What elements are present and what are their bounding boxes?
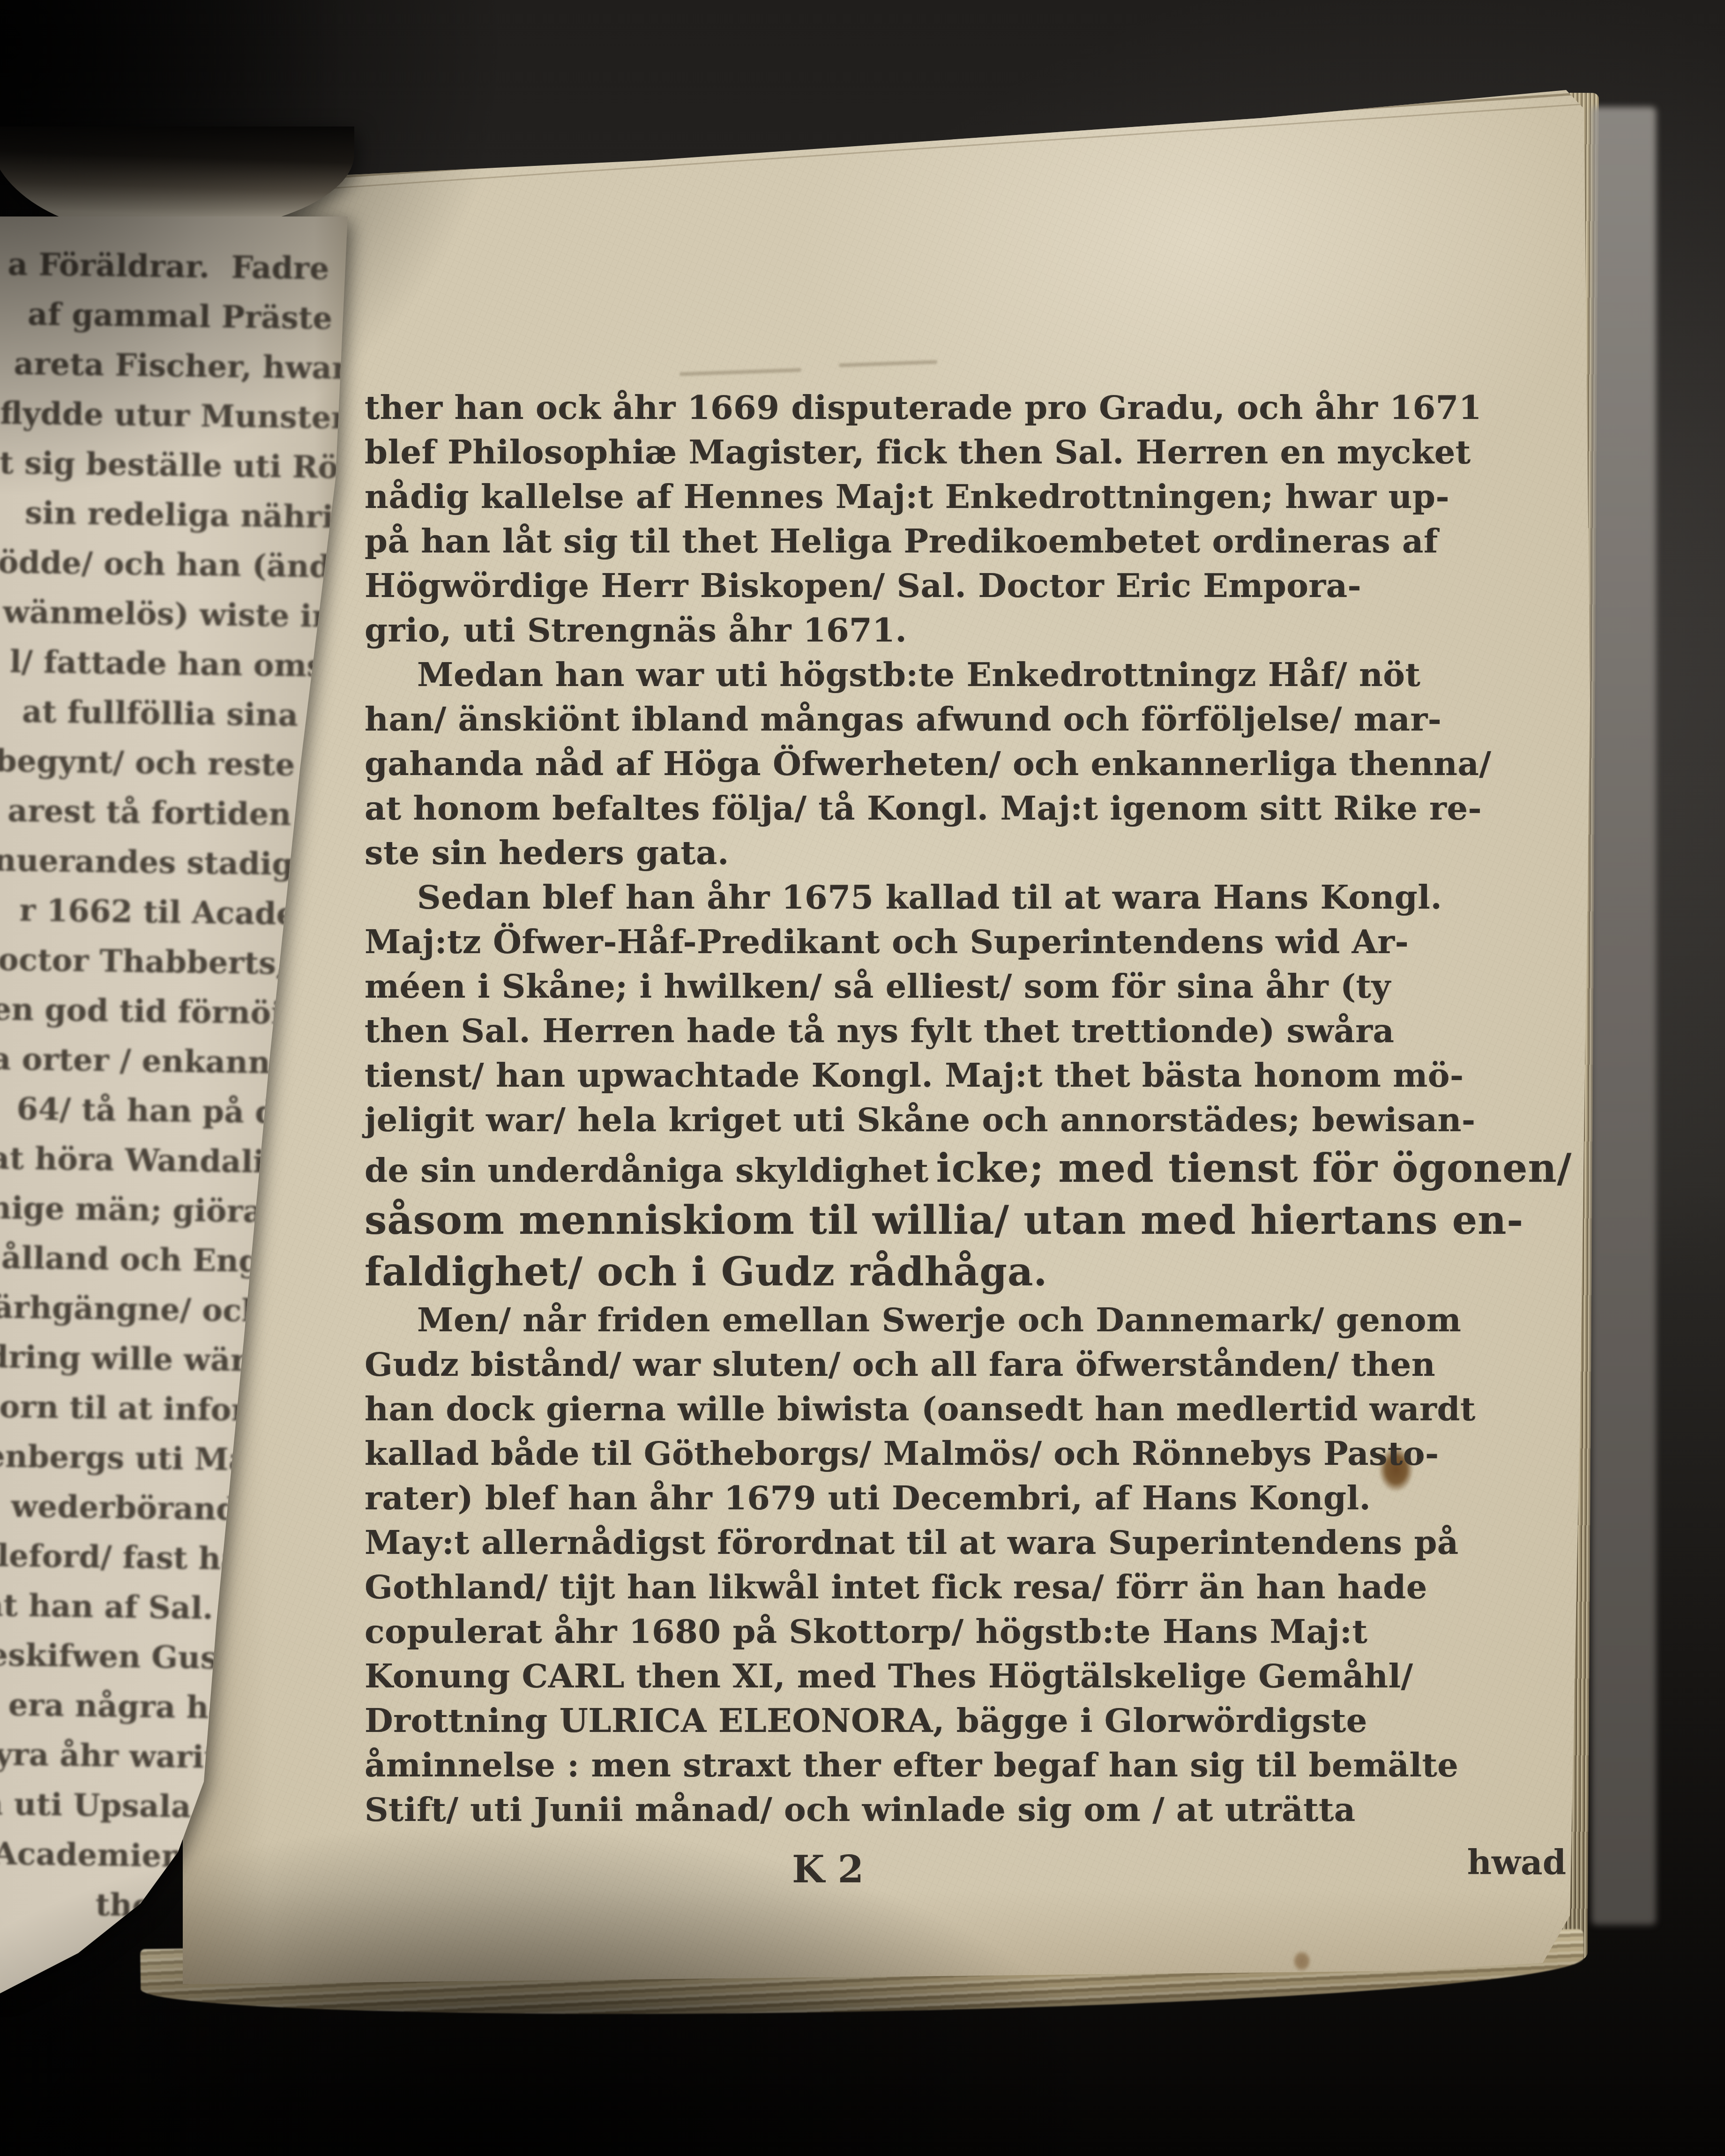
left-fragment-line: a orter / enkannerliga bbox=[0, 1034, 346, 1089]
text-line: kallad både til Götheborgs/ Malmös/ och … bbox=[365, 1431, 1576, 1476]
left-fragment-line: r 1662 til Academien bbox=[19, 885, 348, 940]
text-line: Men/ når friden emellan Swerje och Danne… bbox=[365, 1298, 1576, 1342]
text-line: Stift/ uti Junii månad/ och winlade sig … bbox=[365, 1787, 1576, 1832]
emphasized-text-segment: icke; med tienst för ögonen/ bbox=[936, 1142, 1572, 1194]
left-fragment-line: leford/ fast han ther bbox=[0, 1530, 339, 1585]
previous-page-curl: a Föräldrar. Fadre af gammal Präste aret… bbox=[0, 127, 361, 2001]
left-fragment-line: eskifwen Gustaf Or- bbox=[0, 1630, 337, 1684]
left-fragment-line: at han af Sal. Her bbox=[0, 1580, 338, 1635]
text-line: på han låt sig til thet Heliga Predikoem… bbox=[365, 519, 1576, 563]
left-fragment-line: n uti Upsala, och bbox=[0, 1779, 335, 1834]
left-fragment-line: en god tid förnöigte; bbox=[0, 984, 346, 1039]
text-line: at honom befaltes följa/ tå Kongl. Maj:t… bbox=[365, 786, 1576, 830]
text-line: rater) blef han åhr 1679 uti Decembri, a… bbox=[365, 1476, 1576, 1520]
show-through-mark bbox=[680, 368, 801, 376]
left-fragment-line: begynt/ och reste ther bbox=[0, 736, 350, 791]
left-fragment-line: 64/ tå han på denne bbox=[16, 1084, 345, 1138]
text-line: Konung CARL then XI, med Thes Högtälskel… bbox=[365, 1654, 1576, 1698]
left-fragment-line: at höra Wandalinum, bbox=[0, 1133, 344, 1188]
text-line: Drottning ULRICA ELEONORA, bägge i Glorw… bbox=[365, 1698, 1576, 1743]
left-fragment-line: ödde/ och han (ändoch bbox=[0, 537, 352, 592]
text-line: Gothland/ tijt han likwål intet fick res… bbox=[365, 1565, 1576, 1609]
previous-page-surface: a Föräldrar. Fadre af gammal Präste aret… bbox=[0, 216, 357, 2002]
text-line: Medan han war uti högstb:te Enkedrottnin… bbox=[365, 652, 1576, 697]
main-page: ther han ock åhr 1669 disputerade pro Gr… bbox=[183, 89, 1591, 1985]
text-line: jeligit war/ hela kriget uti Skåne och a… bbox=[365, 1097, 1576, 1142]
left-fragment-line: wänmelös) wiste inte bbox=[2, 587, 351, 641]
text-line: Högwördige Herr Biskopen/ Sal. Doctor Er… bbox=[365, 563, 1576, 608]
previous-page-text: a Föräldrar. Fadre af gammal Präste aret… bbox=[0, 216, 357, 1932]
left-fragment-line: at fullföllia sina Stu bbox=[22, 686, 351, 741]
tissue-interleaf-sheet bbox=[1591, 107, 1656, 1925]
left-fragment-line: fyra åhr warit/ samt bbox=[0, 1729, 336, 1784]
emphasized-text-line: såsom menniskiom til willia/ utan med hi… bbox=[365, 1194, 1576, 1246]
signature-mark: K 2 bbox=[792, 1847, 864, 1891]
left-fragment-line: octor Thabberts, De- bbox=[0, 934, 347, 989]
text-line: ther han ock åhr 1669 disputerade pro Gr… bbox=[365, 385, 1576, 430]
text-line: han dock gierna wille biwista (oansedt h… bbox=[365, 1387, 1576, 1431]
ink-stain bbox=[1292, 1950, 1311, 1972]
left-fragment-line: wederbörandem til bbox=[11, 1481, 339, 1536]
left-fragment-line: sin redeliga nähring bbox=[24, 488, 353, 542]
text-line: copulerat åhr 1680 på Skottorp/ högstb:t… bbox=[365, 1609, 1576, 1654]
left-fragment-line: a Föräldrar. Fadre bbox=[7, 239, 357, 293]
text-line: tienst/ han upwachtade Kongl. Maj:t thet… bbox=[365, 1053, 1576, 1097]
text-segment: de sin underdåniga skyldighet bbox=[365, 1144, 929, 1197]
text-line: nådig kallelse af Hennes Maj:t Enkedrott… bbox=[365, 474, 1576, 519]
left-fragment-line: enbergs uti Malmö/ bbox=[0, 1431, 340, 1486]
left-fragment-line: era några hans Hy bbox=[8, 1680, 336, 1734]
left-fragment-line: t sig beställe uti Rön bbox=[0, 438, 354, 492]
show-through-mark bbox=[839, 360, 937, 367]
catchword: hwad bbox=[1307, 1843, 1566, 1882]
text-line: blef Philosophiæ Magister, fick then Sal… bbox=[365, 430, 1576, 474]
paragraph: Sedan blef han åhr 1675 kallad til at wa… bbox=[365, 875, 1576, 1298]
text-line: gahanda nåd af Höga Öfwerheten/ och enka… bbox=[365, 741, 1576, 786]
left-fragment-line: ålland och Engeland, bbox=[1, 1232, 343, 1287]
text-line: de sin underdåniga skyldighet icke; med … bbox=[365, 1142, 1576, 1194]
left-fragment-line: areta Fischer, hwars bbox=[14, 338, 355, 393]
left-fragment-line: ther bbox=[95, 1880, 334, 1932]
left-fragment-line: flydde utur Munster bbox=[0, 388, 355, 443]
text-line: Sedan blef han åhr 1675 kallad til at wa… bbox=[365, 875, 1576, 919]
text-line: han/ änskiönt ibland mångas afwund och f… bbox=[365, 697, 1576, 741]
text-line: then Sal. Herren hade tå nys fylt thet t… bbox=[365, 1008, 1576, 1053]
text-line: åminnelse : men straxt ther efter begaf … bbox=[365, 1743, 1576, 1787]
paragraph: ther han ock åhr 1669 disputerade pro Gr… bbox=[365, 385, 1576, 652]
text-line: grio, uti Strengnäs åhr 1671. bbox=[365, 608, 1576, 652]
emphasized-text-line: faldighet/ och i Gudz rådhåga. bbox=[365, 1246, 1576, 1298]
left-fragment-line: ärhgängne/ och in bbox=[0, 1282, 342, 1336]
paragraph: Men/ når friden emellan Swerje och Danne… bbox=[365, 1298, 1576, 1832]
left-fragment-line: arest tå fortiden lärde bbox=[7, 785, 349, 840]
text-line: Gudz bistånd/ war sluten/ och all fara ö… bbox=[365, 1342, 1576, 1387]
text-line: May:t allernådigst förordnat til at wara… bbox=[365, 1520, 1576, 1565]
left-fragment-line: orn til at informera, bbox=[0, 1381, 341, 1436]
text-line: méen i Skåne; i hwilken/ så elliest/ som… bbox=[365, 964, 1576, 1008]
left-fragment-line: Academien i Lund/ bbox=[0, 1828, 335, 1883]
left-fragment-line: dring wille wärdas/ bbox=[0, 1332, 342, 1387]
left-fragment-line: af gammal Präste bbox=[27, 289, 356, 343]
text-line: ste sin heders gata. bbox=[365, 830, 1576, 875]
left-fragment-line: l/ fattade han omsider bbox=[9, 636, 351, 691]
left-fragment-line: nige män; giörandes bbox=[0, 1183, 344, 1238]
body-text: ther han ock åhr 1669 disputerade pro Gr… bbox=[365, 385, 1576, 1832]
text-line: Maj:tz Öfwer-Håf-Predikant och Superinte… bbox=[365, 919, 1576, 964]
paragraph: Medan han war uti högstb:te Enkedrottnin… bbox=[365, 652, 1576, 875]
left-fragment-line: nuerandes stadigt ther bbox=[0, 835, 348, 890]
